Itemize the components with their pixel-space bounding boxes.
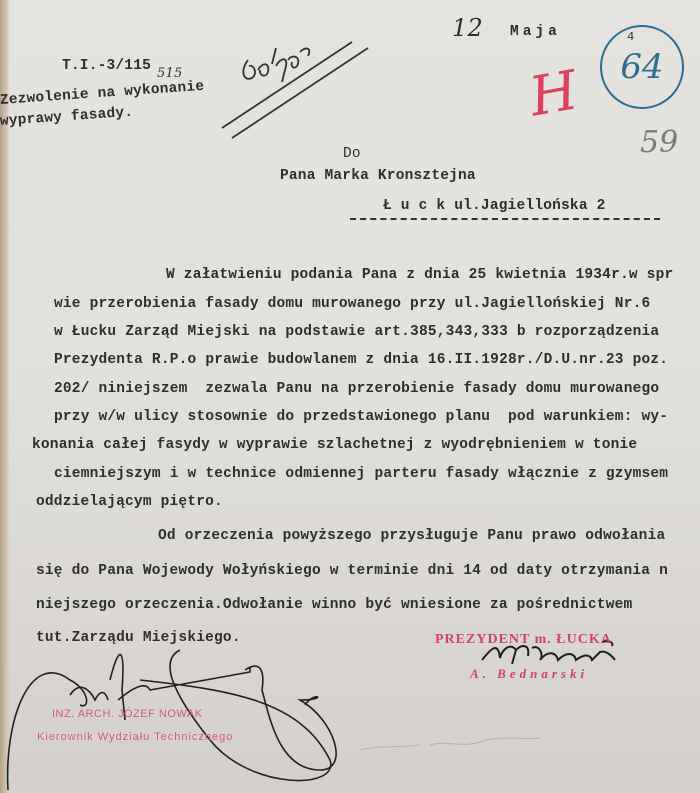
- circled-superscript: 4: [627, 30, 634, 44]
- faded-pencil-signature: [360, 738, 540, 750]
- document-page: T.I.-3/115 515 Zezwolenie na wykonanie w…: [0, 0, 700, 793]
- body-line: Od orzeczenia powyższego przysługuje Pan…: [158, 528, 665, 544]
- nowak-signature: [8, 650, 336, 790]
- body-line: W załatwieniu podania Pana z dnia 25 kwi…: [166, 267, 673, 283]
- address-underline: [350, 218, 660, 220]
- body-line: niejszego orzeczenia.Odwołanie winno być…: [36, 597, 632, 613]
- body-line: się do Pana Wojewody Wołyńskiego w termi…: [36, 563, 668, 579]
- recipient-address: Ł u c k ul.Jagiellońska 2: [383, 198, 606, 214]
- body-line: ciemniejszym i w technice odmiennej part…: [54, 466, 668, 482]
- engineer-stamp-name: INZ. ARCH. JÓZEF NOWAK: [52, 708, 203, 720]
- recipient-prefix: Do: [343, 146, 361, 162]
- body-line: tut.Zarządu Miejskiego.: [36, 630, 241, 646]
- recipient-name: Pana Marka Kronsztejna: [280, 168, 476, 184]
- gotowo-annotation: [222, 42, 368, 138]
- body-line: 202/ niniejszem zezwala Panu na przerobi…: [54, 381, 659, 397]
- circled-number-stamp: 64: [600, 25, 684, 109]
- body-line: Prezydenta R.P.o prawie budowlanem z dni…: [54, 352, 668, 368]
- president-stamp-title: PREZYDENT m. ŁUCKA: [435, 632, 612, 648]
- circled-number: 64: [620, 47, 663, 87]
- body-line: konania całej fasydy w wyprawie szlachet…: [32, 437, 637, 453]
- date-month: Maja: [510, 24, 561, 40]
- body-line: wie przerobienia fasady domu murowanego …: [54, 296, 650, 312]
- body-line: oddzielającym piętro.: [36, 494, 223, 510]
- body-line: przy w/w ulicy stosownie do przedstawion…: [54, 409, 668, 425]
- date-day-handwritten: 12: [452, 14, 483, 42]
- body-line: w Łucku Zarząd Miejski na podstawie art.…: [54, 324, 659, 340]
- pencil-page-number: 59: [640, 125, 678, 160]
- president-stamp-name: A. Bednarski: [470, 666, 588, 682]
- engineer-stamp-title: Kierownik Wydziału Technicznego: [37, 731, 233, 743]
